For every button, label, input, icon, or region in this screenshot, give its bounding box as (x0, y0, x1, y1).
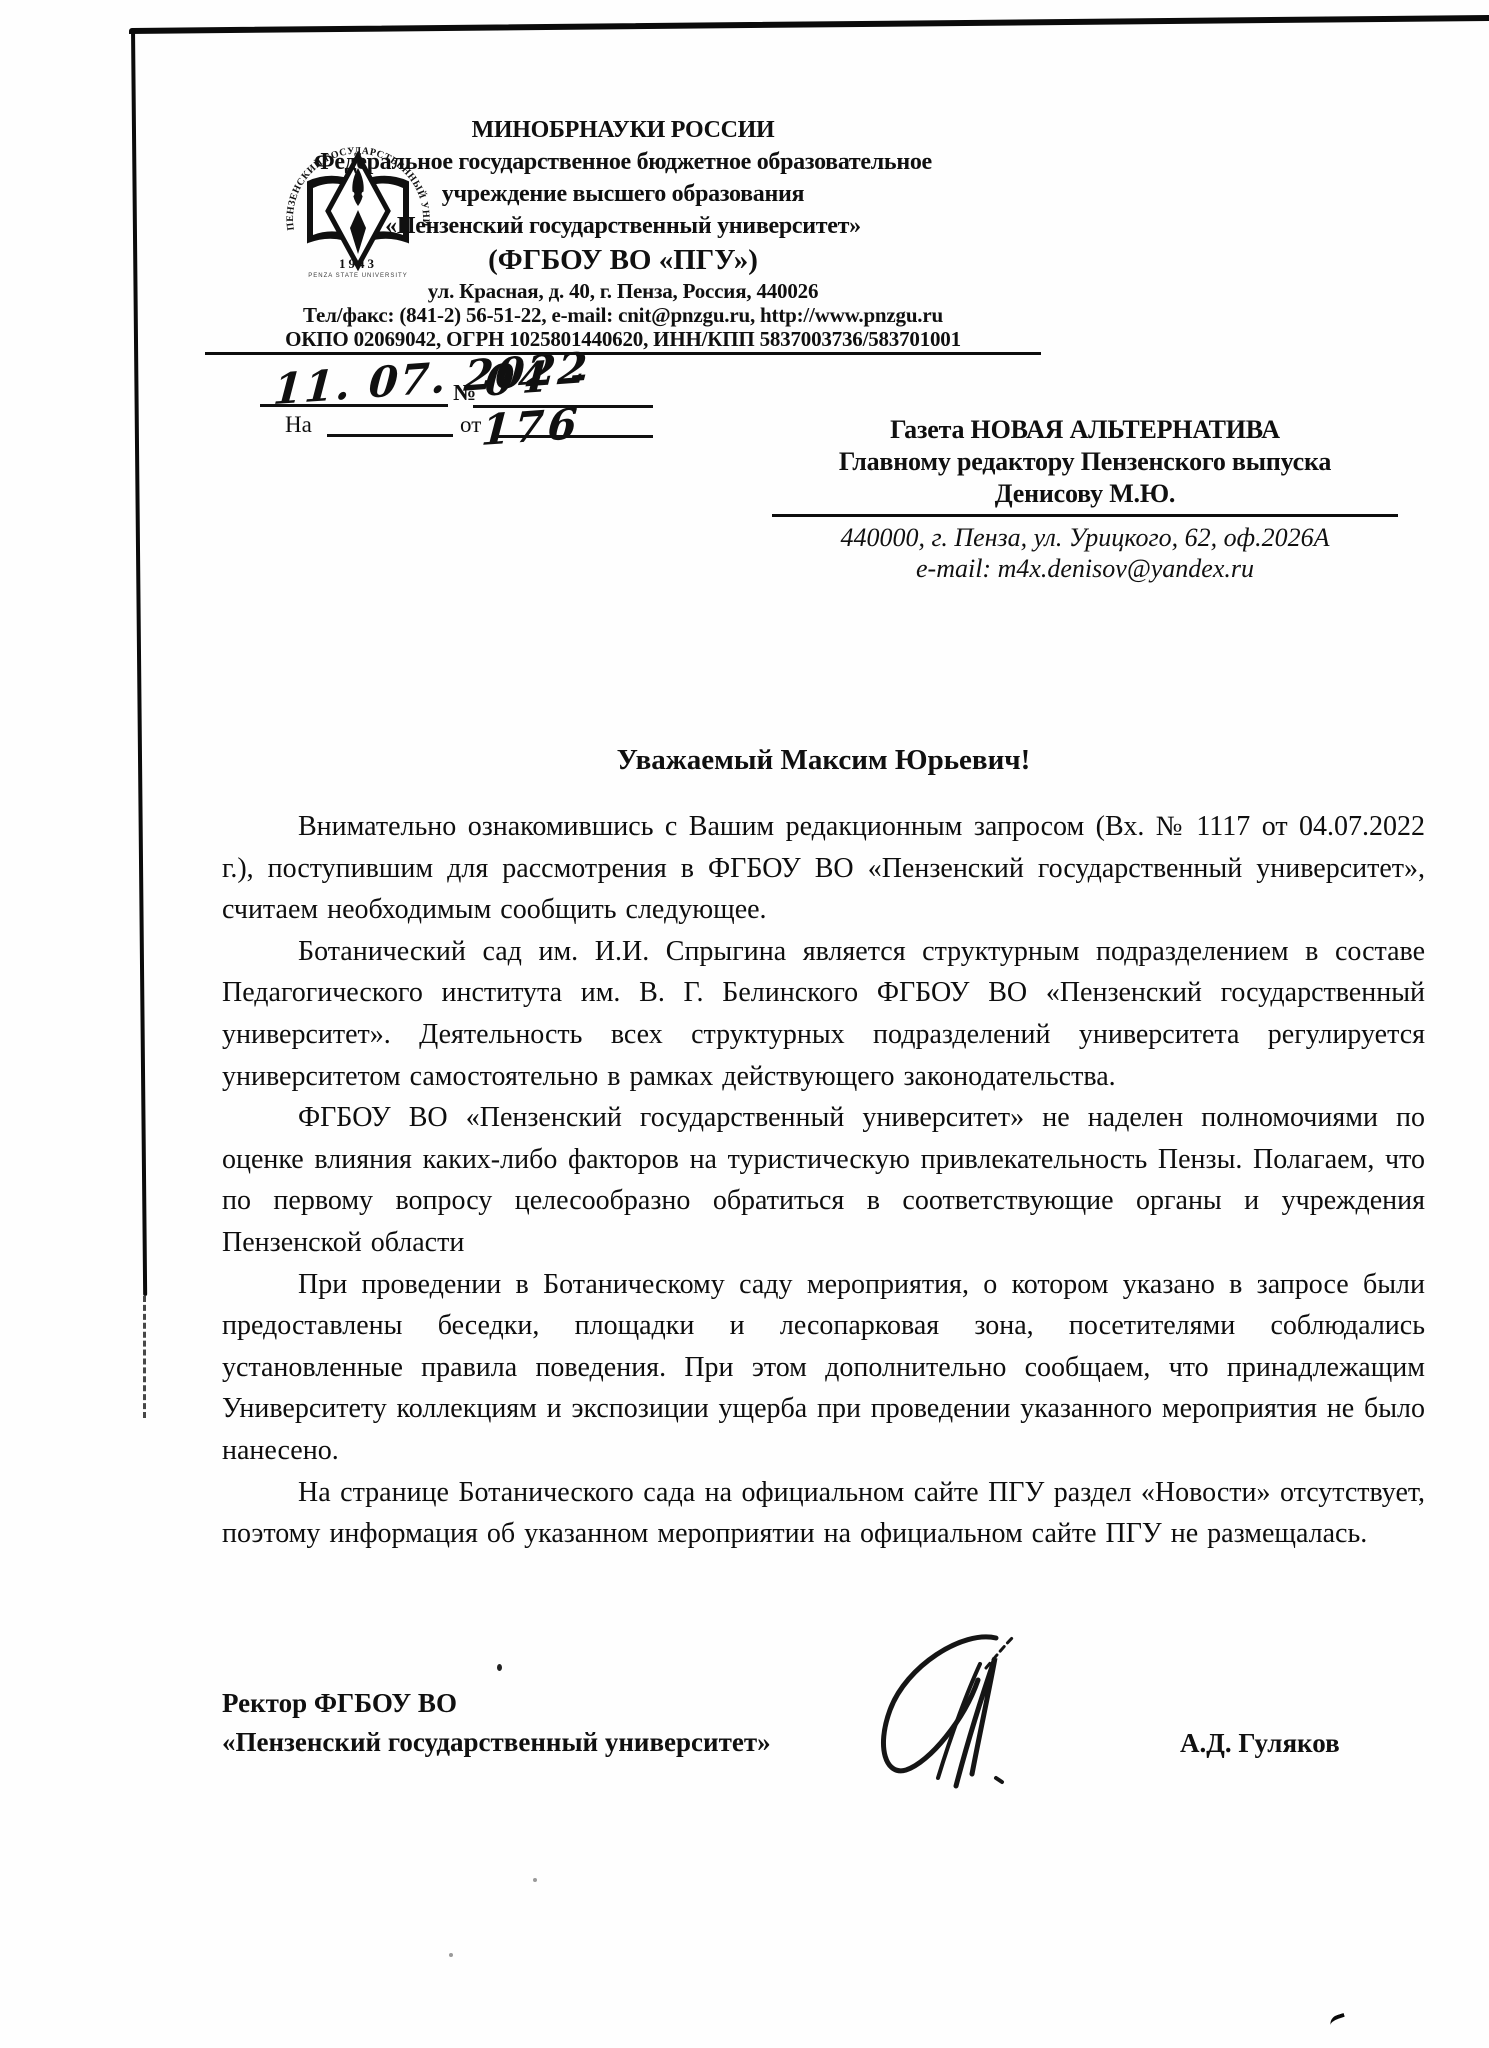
org-line-2: учреждение высшего образования (205, 178, 1041, 210)
addressee-email: e-mail: m4x.denisov@yandex.ru (772, 553, 1398, 584)
addressee-name: Денисову М.Ю. (772, 478, 1398, 510)
addressee-organization: Газета НОВАЯ АЛЬТЕРНАТИВА (772, 414, 1398, 446)
signer-name: А.Д. Гуляков (1180, 1728, 1340, 1759)
scan-speck (497, 1664, 502, 1671)
org-abbr: (ФГБОУ ВО «ПГУ») (205, 242, 1041, 279)
scan-speck (449, 1953, 453, 1957)
number-underline (473, 405, 653, 408)
addressee-position: Главному редактору Пензенского выпуска (772, 446, 1398, 478)
reference-block: 11. 07. 2022 № 04 - 176 На от (215, 358, 675, 448)
addressee-divider (772, 514, 1398, 517)
scan-border-left (131, 28, 147, 1296)
signer-position-line1: Ректор ФГБОУ ВО (222, 1684, 771, 1723)
signer-position-line2: «Пензенский государственный университет» (222, 1723, 771, 1762)
number-sign: № (453, 380, 476, 406)
ot-label: от (460, 412, 481, 438)
paragraph: На странице Ботанического сада на официа… (222, 1472, 1425, 1555)
na-underline (327, 434, 453, 437)
org-address: ул. Красная, д. 40, г. Пенза, Россия, 44… (205, 279, 1041, 303)
ot-underline (497, 435, 653, 438)
org-contacts: Тел/факс: (841-2) 56-51-22, e-mail: cnit… (205, 303, 1041, 327)
date-underline (260, 404, 448, 407)
letter-body: Внимательно ознакомившись с Вашим редакц… (222, 806, 1425, 1555)
scan-speck (533, 1878, 537, 1882)
ministry-line: МИНОБРНАУКИ РОССИИ (205, 114, 1041, 146)
handwritten-signature (868, 1628, 1053, 1796)
scan-border-left-dashes (143, 1296, 146, 1418)
na-label: На (285, 412, 312, 438)
scan-border-top (129, 15, 1489, 34)
scanned-letter-page: ПЕНЗЕНСКИЙ ГОСУДАРСТВЕННЫЙ УНИВЕРСИТЕТ 1… (0, 0, 1489, 2048)
scan-mark-bottom-right (1328, 2013, 1347, 2030)
org-line-3: «Пензенский государственный университет» (205, 210, 1041, 242)
handwritten-number: 04 - 176 (480, 343, 678, 455)
addressee-address: 440000, г. Пенза, ул. Урицкого, 62, оф.2… (772, 522, 1398, 553)
paragraph: При проведении в Ботаническому саду меро… (222, 1264, 1425, 1472)
letterhead: МИНОБРНАУКИ РОССИИ Федеральное государст… (205, 114, 1041, 351)
paragraph: Ботанический сад им. И.И. Спрыгина являе… (222, 931, 1425, 1097)
org-line-1: Федеральное государственное бюджетное об… (205, 146, 1041, 178)
signer-position: Ректор ФГБОУ ВО «Пензенский государствен… (222, 1684, 771, 1762)
paragraph: Внимательно ознакомившись с Вашим редакц… (222, 806, 1425, 931)
paragraph: ФГБОУ ВО «Пензенский государственный уни… (222, 1097, 1425, 1263)
salutation: Уважаемый Максим Юрьевич! (222, 744, 1425, 777)
addressee-block: Газета НОВАЯ АЛЬТЕРНАТИВА Главному редак… (772, 414, 1398, 584)
